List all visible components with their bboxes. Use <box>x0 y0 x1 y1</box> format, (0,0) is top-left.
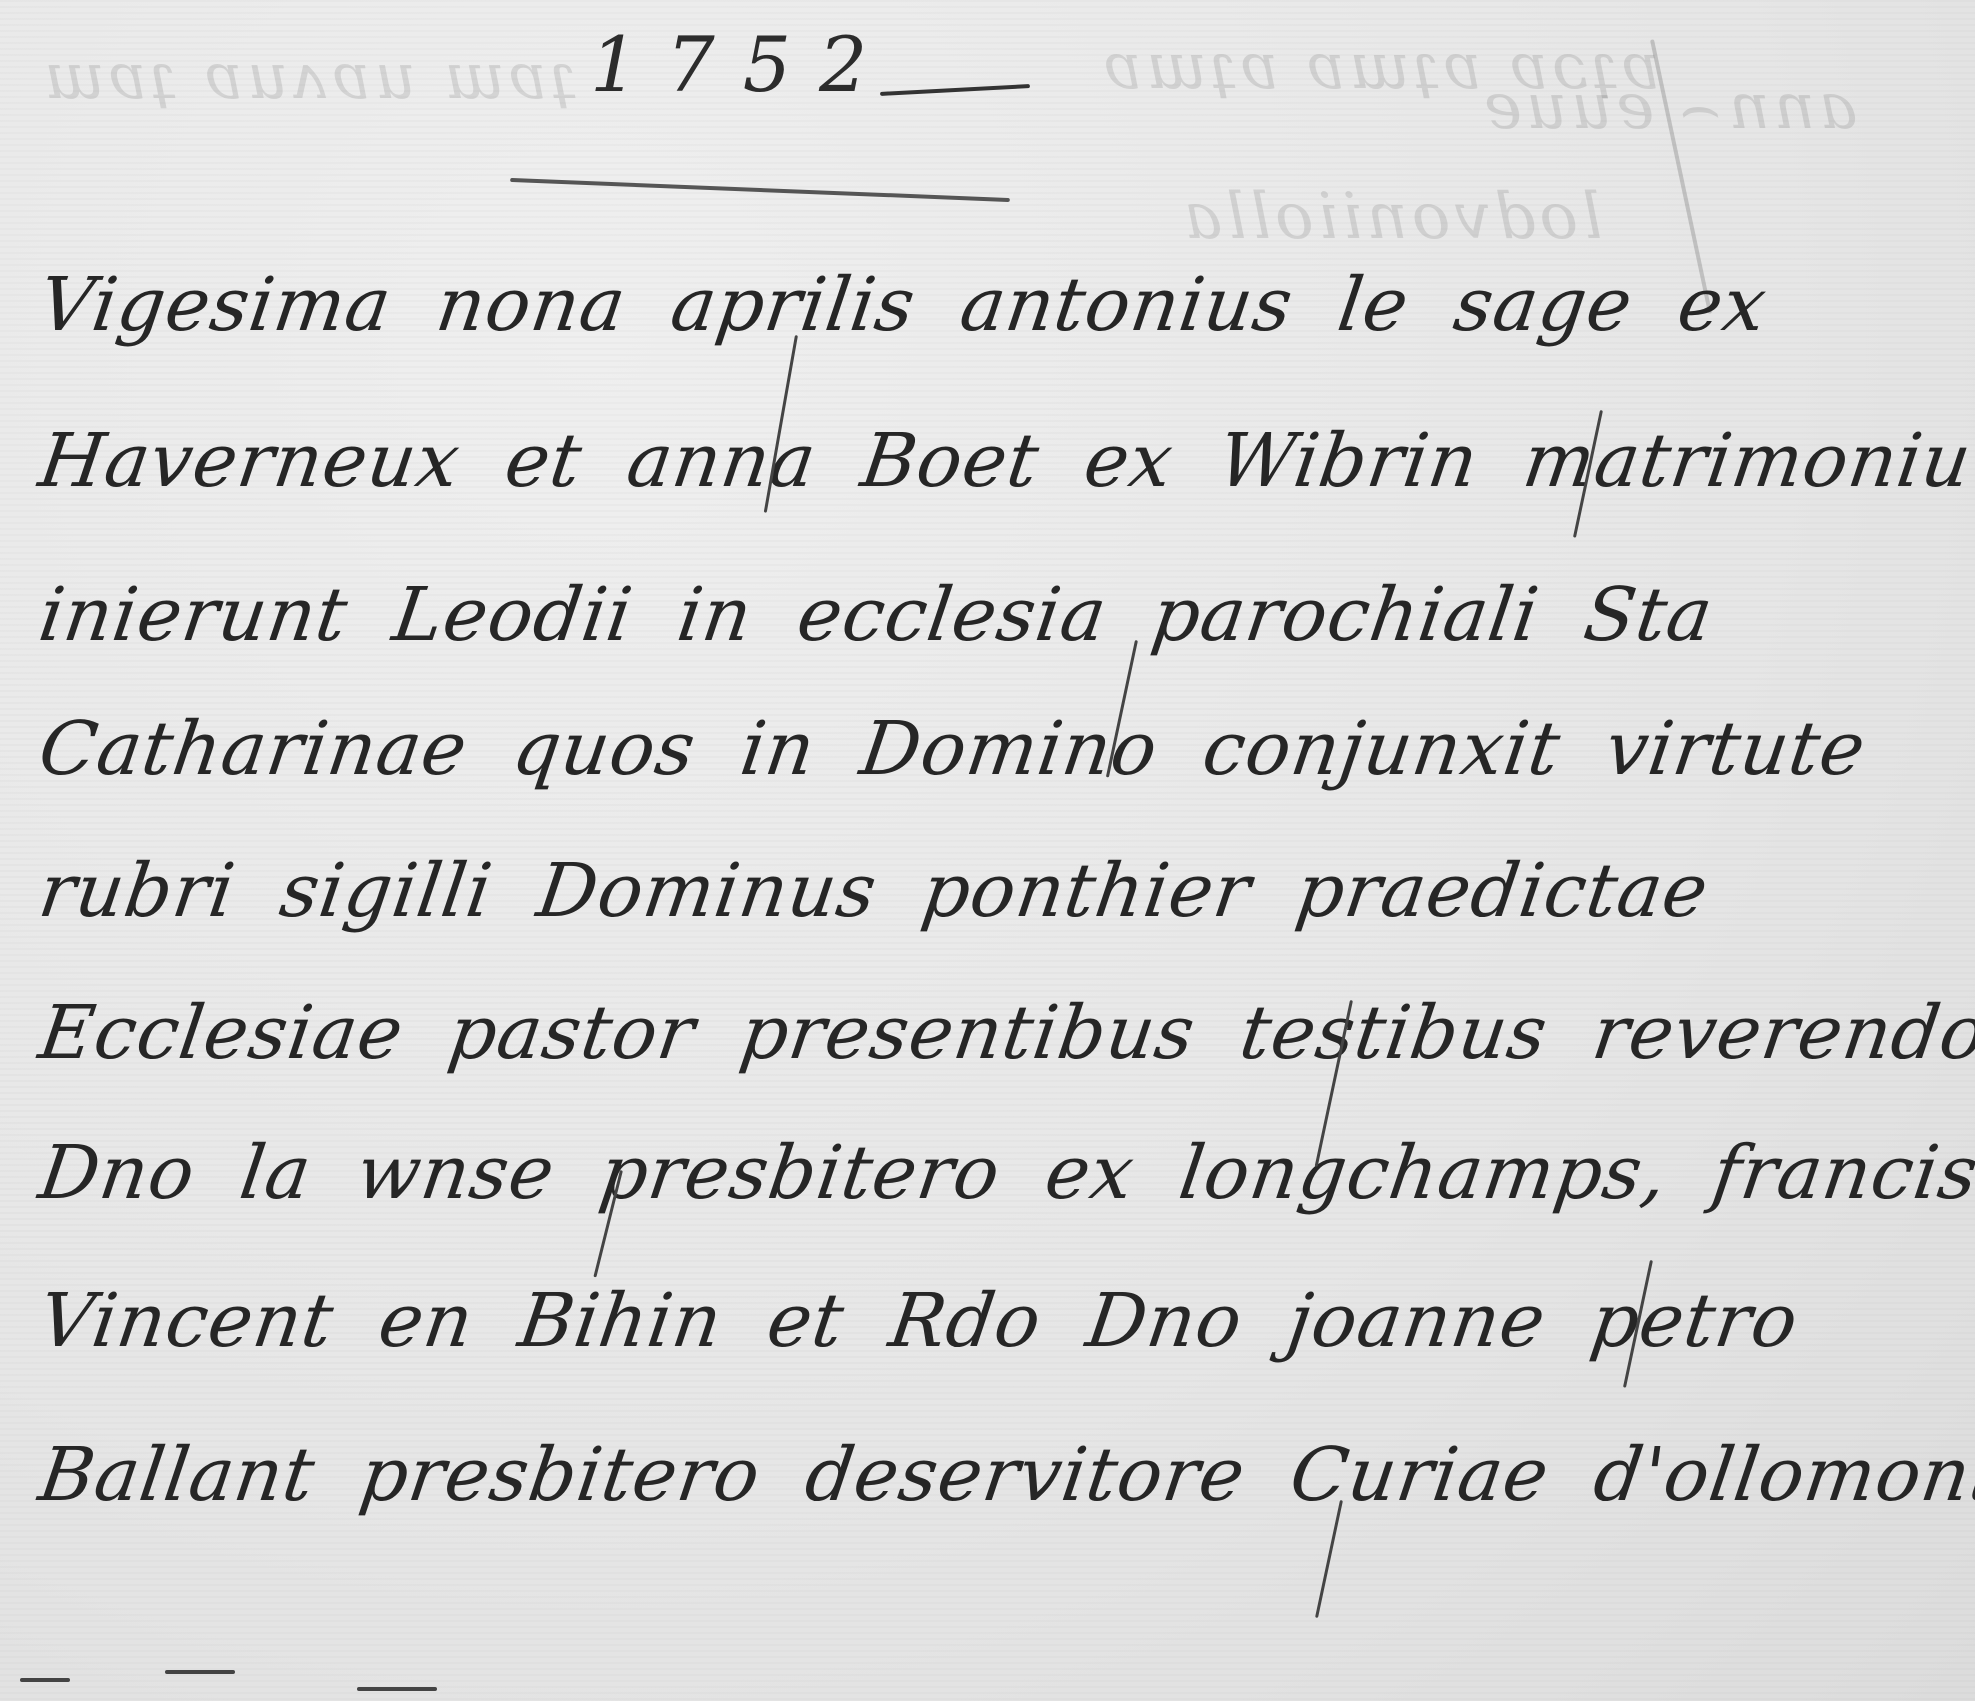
text-line-8: Vincent en Bihin et Rdo Dno joanne petro <box>34 1278 1804 1364</box>
text-line-3: inierunt Leodii in ecclesia parochiali S… <box>34 572 1719 658</box>
bleed-through-text: lodvoniiolla <box>1180 180 1602 254</box>
end-dash <box>20 1678 70 1682</box>
end-dash <box>357 1687 437 1691</box>
text-line-7: Dno la wnse presbitero ex longchamps, fr… <box>34 1130 1975 1216</box>
text-line-6: Ecclesiae pastor presentibus testibus re… <box>34 990 1975 1076</box>
text-line-2: Haverneux et anna Boet ex Wibrin matrimo… <box>34 418 1975 504</box>
year-heading: 1752 <box>590 20 895 109</box>
bleed-through-text: ʇɐɯ uɐʌuɐ ʇɐɯ <box>40 40 577 114</box>
end-dash <box>165 1670 235 1674</box>
text-line-1: Vigesima nona aprilis antonius le sage e… <box>34 262 1772 348</box>
bleed-through-text: ɐʇɔɐ ɐʇɯɐ ɐʇɯɐ <box>1100 30 1660 104</box>
text-line-4: Catharinae quos in Domino conjunxit virt… <box>34 706 1871 792</box>
text-line-9: Ballant presbitero deservitore Curiae d'… <box>34 1432 1975 1518</box>
text-line-5: rubri sigilli Dominus ponthier praedicta… <box>34 848 1714 934</box>
